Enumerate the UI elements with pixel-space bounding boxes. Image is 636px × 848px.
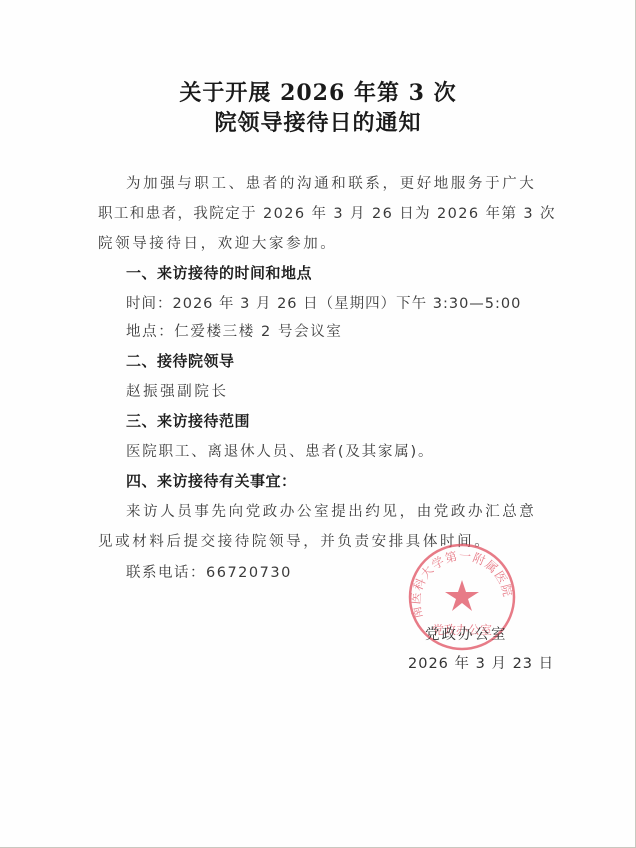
section-heading-2: 二、接待院领导 (126, 350, 235, 371)
section-heading-4: 四、来访接待有关事宜： (126, 470, 297, 491)
intro-line-3: 院领导接待日，欢迎大家参加。 (98, 232, 337, 253)
document-title-line1: 关于开展 2026 年第 3 次 (0, 76, 636, 107)
section-heading-3: 三、来访接待范围 (126, 410, 250, 431)
section-heading-1: 一、来访接待的时间和地点 (126, 262, 312, 283)
intro-line-2: 职工和患者，我院定于 2026 年 3 月 26 日为 2026 年第 3 次 (98, 202, 556, 223)
signature-date: 2026 年 3 月 23 日 (408, 652, 554, 673)
section-3-scope: 医院职工、离退休人员、患者(及其家属)。 (126, 440, 434, 461)
document-page: 关于开展 2026 年第 3 次 院领导接待日的通知 为加强与职工、患者的沟通和… (0, 0, 636, 848)
contact-phone: 联系电话：66720730 (126, 561, 292, 582)
section-2-leader: 赵振强副院长 (126, 380, 229, 401)
section-1-location: 地点：仁爱楼三楼 2 号会议室 (126, 320, 342, 341)
intro-line-1: 为加强与职工、患者的沟通和联系，更好地服务于广大 (126, 172, 536, 193)
document-title-line2: 院领导接待日的通知 (0, 106, 636, 137)
signature-office: 党政办公室 (425, 623, 508, 644)
section-4-line-1: 来访人员事先向党政办公室提出约见，由党政办汇总意 (126, 500, 536, 521)
section-1-time: 时间：2026 年 3 月 26 日（星期四）下午 3:30—5:00 (126, 292, 521, 313)
